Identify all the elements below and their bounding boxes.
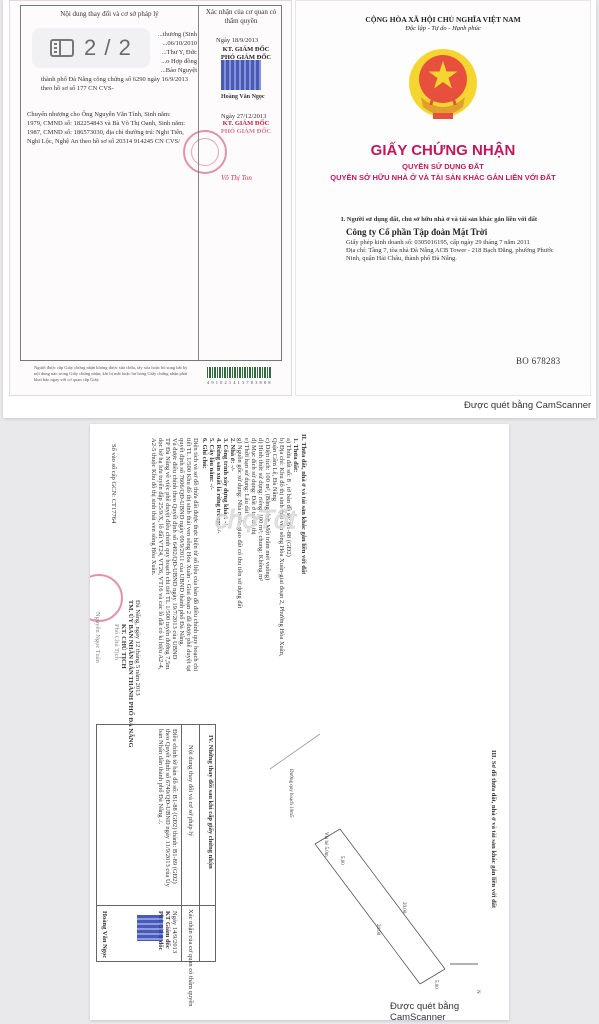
serial-number: BO 678283	[516, 356, 560, 366]
certificate-title: GIẤY CHỨNG NHẬN	[296, 142, 590, 159]
section-2-heading: II. Thửa đất, nhà ở và tài sản khác gắn …	[299, 434, 308, 574]
entry2-line: Chuyển nhượng cho Ông Nguyễn Văn Tình, S…	[27, 110, 171, 119]
edge-label-bottom: 5.00	[431, 980, 440, 989]
certificate-subtitle-1: QUYỀN SỬ DỤNG ĐẤT	[296, 162, 590, 171]
blue-signature	[137, 915, 163, 941]
page-indicator[interactable]: 2 / 2	[32, 28, 150, 68]
country-name: CỘNG HÒA XÃ HỘI CHỦ NGHĨA VIỆT NAM	[296, 15, 590, 24]
edge-label-long-2: 20.00	[373, 924, 382, 935]
motto: Độc lập - Tự do - Hạnh phúc	[296, 25, 590, 32]
certificate-front-cover: CỘNG HÒA XÃ HỘI CHỦ NGHĨA VIỆT NAM Độc l…	[295, 0, 591, 396]
section-4-heading: IV. Những thay đổi sau khi cấp giấy chứn…	[206, 735, 215, 869]
entry1-signer: Hoàng Văn Ngọc	[221, 94, 265, 100]
national-emblem-icon	[405, 47, 481, 127]
page-list-icon	[50, 39, 74, 57]
camscanner-label: Được quét bằng CamScanner	[390, 1001, 509, 1020]
footnote: Người được cấp Giấy chứng nhận không đượ…	[34, 365, 194, 383]
edge-label-long-1: 20.00	[399, 902, 408, 913]
changes-column-header: Nội dung thay đổi và cơ sở pháp lý	[21, 10, 198, 19]
registry-number: Số vào sổ cấp GCN: CT17764	[109, 444, 118, 523]
scanned-page-2: II. Thửa đất, nhà ở và tài sản khác gắn …	[90, 424, 509, 1020]
blue-signature	[221, 60, 261, 90]
section-1-heading: I. Người sử dụng đất, chủ sở hữu nhà ở v…	[341, 215, 537, 224]
edge-label-top: 5.00	[337, 856, 346, 865]
changes-after-issue-table: IV. Những thay đổi sau khi cấp giấy chứn…	[96, 724, 216, 962]
barcode-number: 4 9 1 0 2 1 4 1 3 7 0 3 8 8 8	[207, 380, 271, 385]
entry1-confirm-date: Ngày 18/9/2013	[216, 36, 258, 45]
barcode	[207, 367, 271, 378]
entry2-signer: Võ Thị Ton	[221, 174, 252, 182]
page-indicator-text: 2 / 2	[84, 35, 132, 61]
section-3-heading: III. Sơ đồ thửa đất, nhà ở và tài sản kh…	[489, 750, 498, 908]
road-label: Đường quy hoạch 10m5	[286, 769, 295, 818]
confirm-column-header: Xác nhận của cơ quan có thẩm quyền	[199, 8, 283, 26]
camscanner-label: Được quét bằng CamScanner	[464, 400, 591, 411]
sidewalk-label: Vỉa hè 5.0m	[321, 832, 330, 857]
owner-name: Công ty Cổ phần Tập đoàn Mặt Trời	[346, 227, 487, 237]
chotot-watermark: chợTốt	[215, 504, 296, 535]
north-arrow: N	[473, 990, 482, 994]
lot-diagram	[260, 714, 480, 1014]
certificate-subtitle-2: QUYỀN SỞ HỮU NHÀ Ở VÀ TÀI SẢN KHÁC GẮN L…	[296, 173, 590, 182]
sign-signer: Nguyễn Ngọc Tuấn	[93, 612, 102, 663]
